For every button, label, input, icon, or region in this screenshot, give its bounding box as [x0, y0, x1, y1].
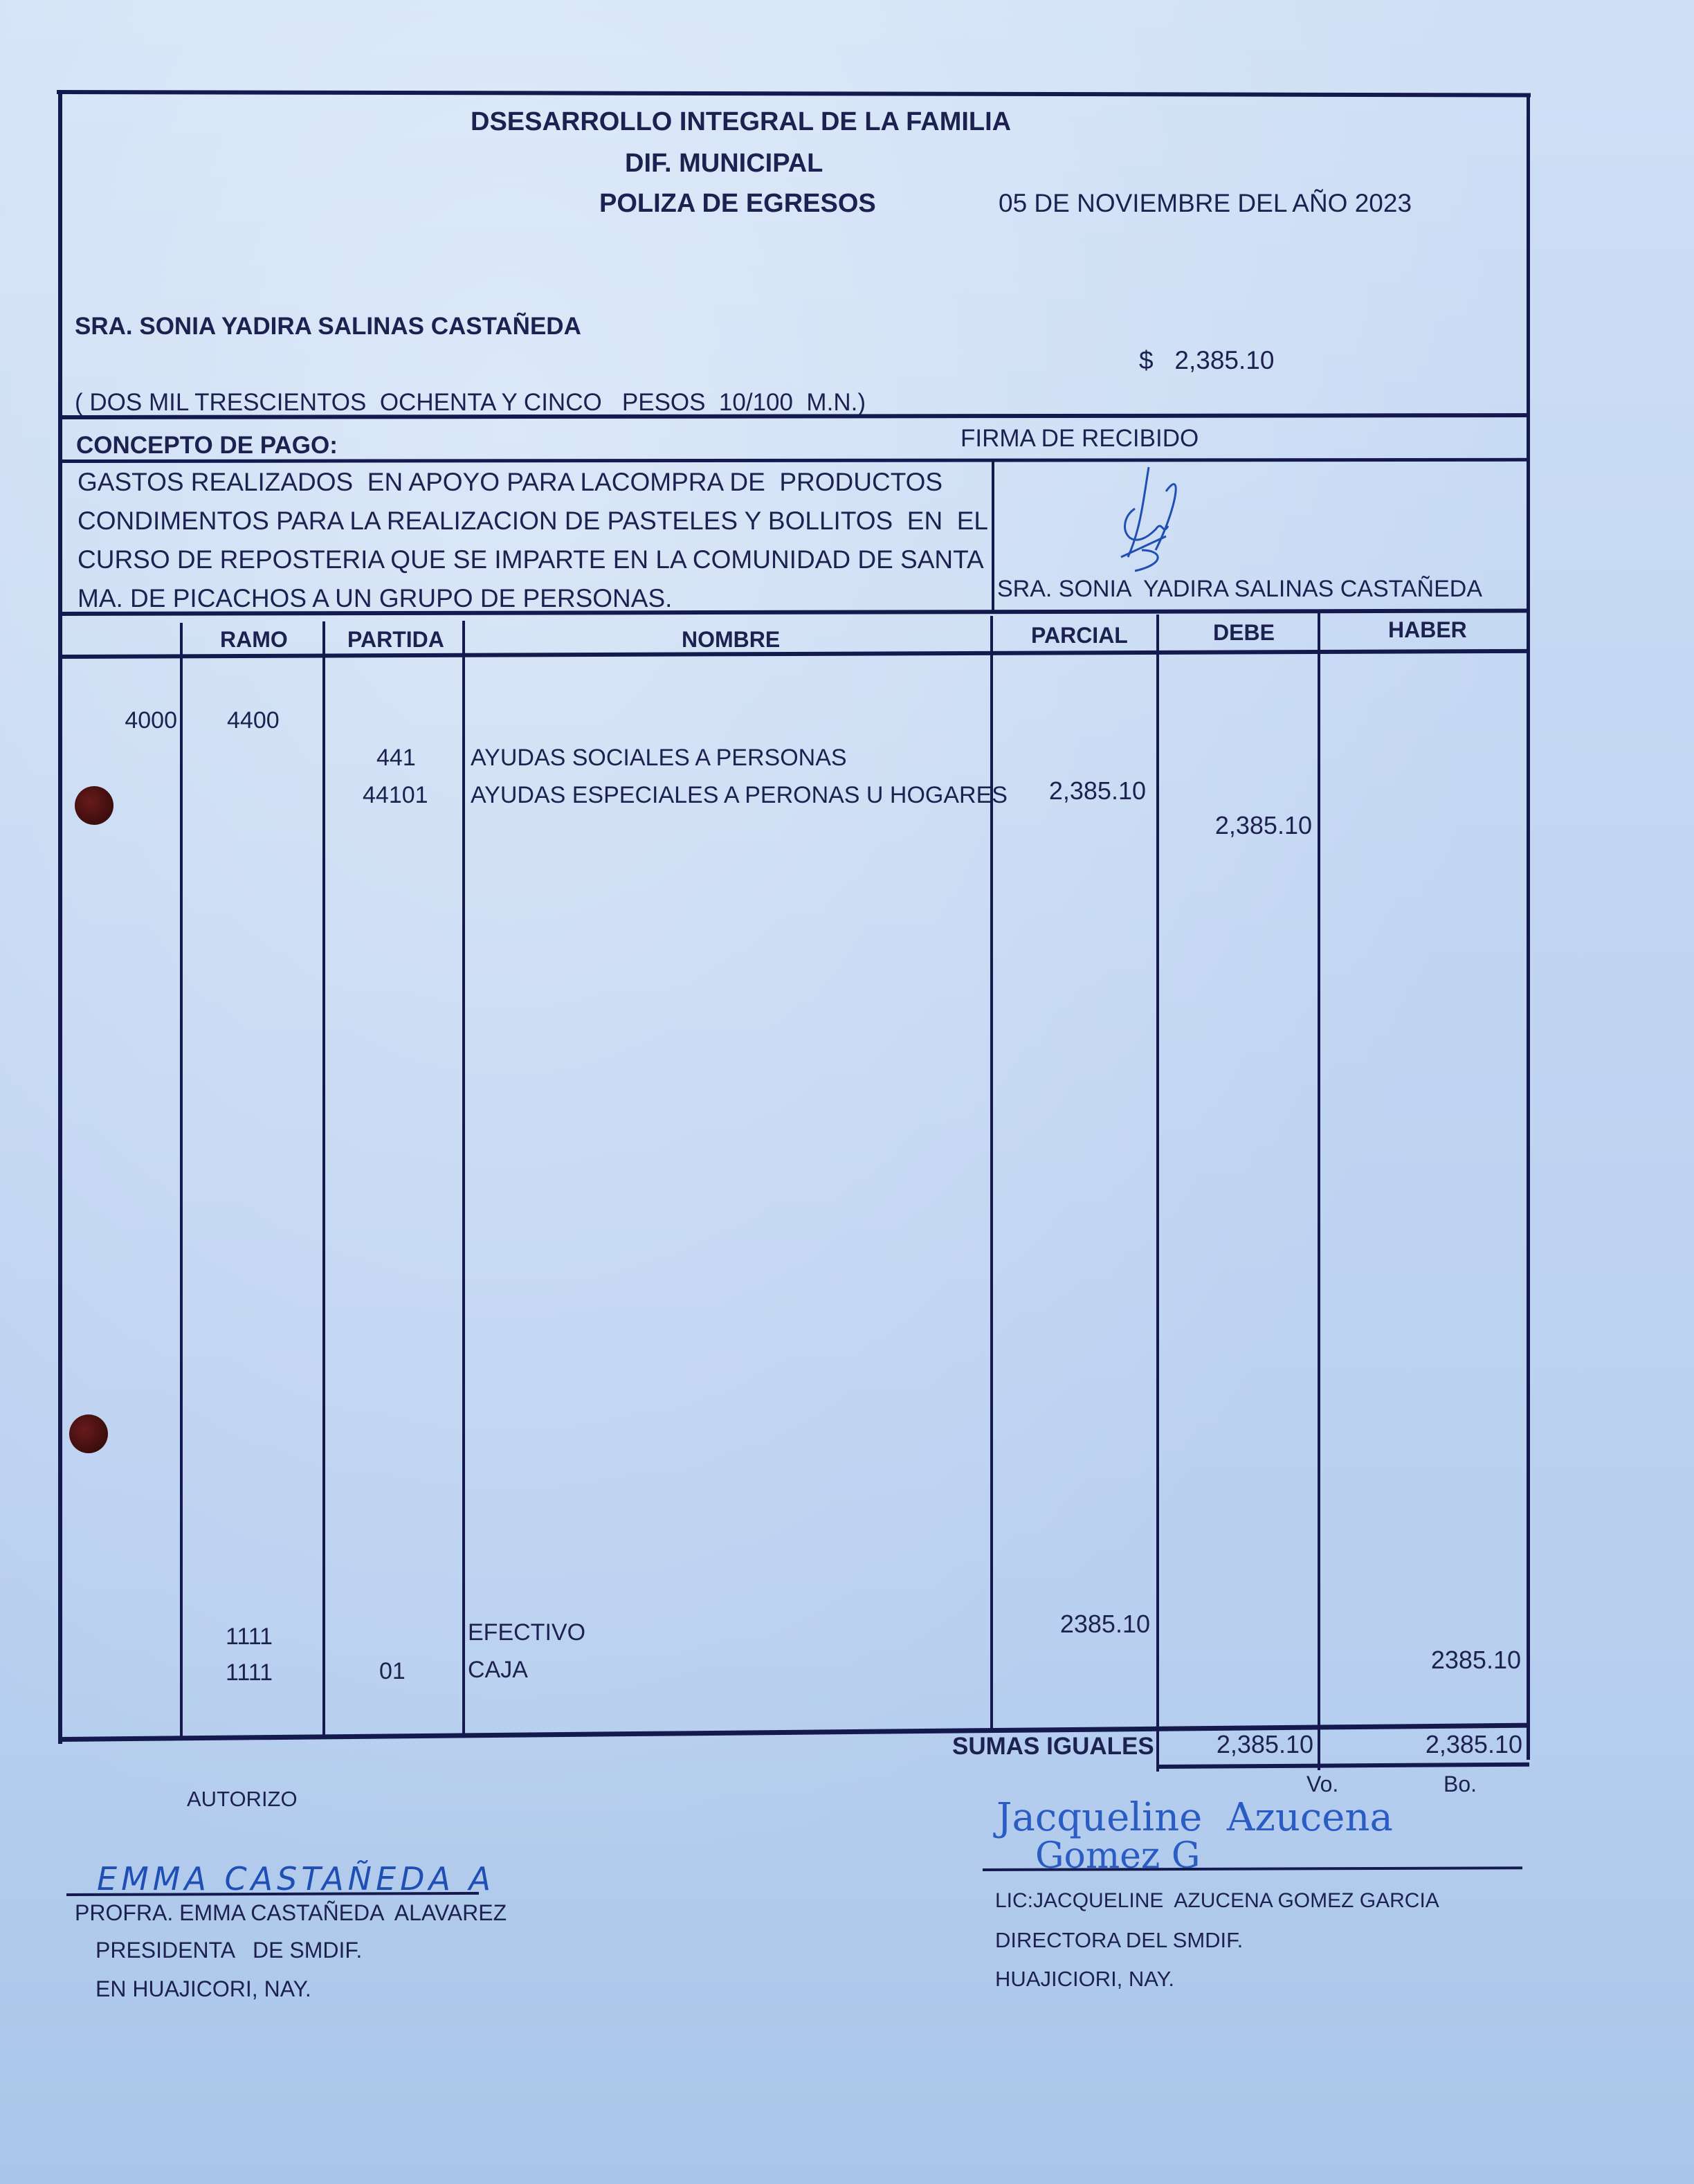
concept-label: CONCEPTO DE PAGO: [76, 432, 338, 459]
vobo-bo: Bo. [1443, 1772, 1477, 1797]
frame-left-border [58, 90, 62, 1744]
org-title: DSESARROLLO INTEGRAL DE LA FAMILIA [471, 107, 1011, 137]
receipt-signer: SRA. SONIA YADIRA SALINAS CASTAÑEDA [997, 576, 1482, 603]
col-divider-nombre [462, 621, 465, 1735]
cell-parcial: 2385.10 [996, 1610, 1150, 1639]
cell-nombre: CAJA [468, 1657, 528, 1684]
col-header-haber: HABER [1388, 617, 1467, 643]
cell-ramo: 4400 [227, 707, 280, 734]
cell-ramo: 1111 [226, 1623, 273, 1650]
receipt-label: FIRMA DE RECIBIDO [960, 425, 1199, 453]
totals-label: SUMAS IGUALES [952, 1733, 1154, 1760]
left-signer-place: EN HUAJICORI, NAY. [95, 1976, 311, 2002]
receipt-signature-icon [1100, 453, 1225, 578]
col-divider-debe [1156, 615, 1159, 1772]
col-header-partida: PARTIDA [347, 627, 444, 653]
total-debe: 2,385.10 [1163, 1730, 1313, 1759]
right-signer-place: HUAJICIORI, NAY. [995, 1967, 1174, 1992]
left-signer-name: PROFRA. EMMA CASTAÑEDA ALAVAREZ [75, 1900, 507, 1926]
left-signer-title: PRESIDENTA DE SMDIF. [95, 1938, 362, 1963]
cell-nombre: AYUDAS ESPECIALES A PERONAS U HOGARES [471, 782, 1008, 809]
cell-parcial: 2,385.10 [996, 776, 1146, 806]
right-signer-title: DIRECTORA DEL SMDIF. [995, 1928, 1243, 1953]
col-header-parcial: PARCIAL [1031, 623, 1128, 648]
vobo-vo: Vo. [1306, 1772, 1338, 1797]
punch-hole-bottom [69, 1414, 108, 1453]
doc-type: POLIZA DE EGRESOS [599, 189, 876, 219]
cell-debe: 2,385.10 [1163, 811, 1312, 840]
col-divider-haber [1318, 613, 1320, 1770]
col-header-debe: DEBE [1213, 620, 1275, 646]
cell-nombre: EFECTIVO [468, 1619, 585, 1646]
col-divider-partida [322, 621, 325, 1737]
cell-haber: 2385.10 [1322, 1646, 1521, 1675]
authorize-caption: AUTORIZO [187, 1787, 298, 1812]
concept-line-1: GASTOS REALIZADOS EN APOYO PARA LACOMPRA… [78, 468, 942, 497]
cell-ramo: 1111 [226, 1659, 273, 1686]
concept-line-3: CURSO DE REPOSTERIA QUE SE IMPARTE EN LA… [78, 545, 984, 574]
cell-nombre: AYUDAS SOCIALES A PERSONAS [471, 745, 847, 772]
amount-in-words: ( DOS MIL TRESCIENTOS OCHENTA Y CINCO PE… [75, 389, 866, 417]
cell-partida: 01 [379, 1658, 406, 1685]
payee-name: SRA. SONIA YADIRA SALINAS CASTAÑEDA [75, 313, 581, 340]
punch-hole-top [75, 786, 113, 825]
cell-partida: 44101 [363, 782, 428, 809]
col-header-ramo: RAMO [220, 627, 288, 653]
doc-date: 05 DE NOVIEMBRE DEL AÑO 2023 [999, 189, 1412, 218]
cell-cuenta: 4000 [104, 707, 177, 734]
right-signer-name: LIC:JACQUELINE AZUCENA GOMEZ GARCIA [995, 1889, 1439, 1913]
col-header-nombre: NOMBRE [682, 627, 780, 653]
payee-amount: $ 2,385.10 [1139, 346, 1274, 375]
cell-partida: 441 [376, 745, 416, 772]
concept-line-2: CONDIMENTOS PARA LA REALIZACION DE PASTE… [78, 507, 988, 536]
right-handwritten-line1: Jacqueline Azucena [996, 1795, 1393, 1840]
divider-concept-signature [992, 461, 994, 613]
concept-line-4: MA. DE PICACHOS A UN GRUPO DE PERSONAS. [78, 584, 672, 613]
col-divider-ramo [180, 623, 183, 1738]
total-haber: 2,385.10 [1323, 1730, 1522, 1759]
org-subtitle: DIF. MUNICIPAL [625, 149, 823, 179]
frame-right-border [1527, 95, 1530, 1760]
